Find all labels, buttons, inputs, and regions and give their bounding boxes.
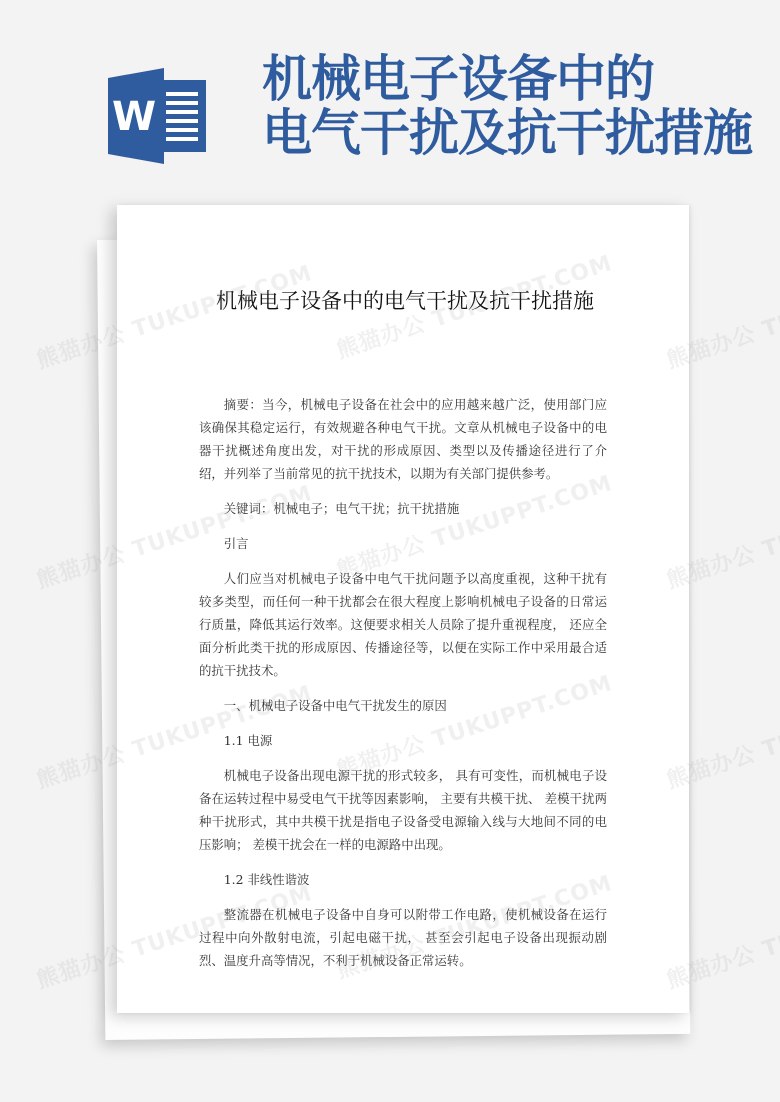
power-supply-paragraph: 机械电子设备出现电源干扰的形式较多， 具有可变性，而机械电子设备在运转过程中易受… [199,764,607,856]
section-heading-1: 一、机械电子设备中电气干扰发生的原因 [199,694,607,717]
banner-title-line-1: 机械电子设备中的 [262,52,780,106]
section-heading-introduction: 引言 [199,532,607,555]
subsection-heading-1-2: 1.2 非线性谐波 [199,868,607,891]
harmonics-paragraph: 整流器在机械电子设备中自身可以附带工作电路，使机械设备在运行过程中向外散射电流，… [199,903,607,972]
banner-header: W 机械电子设备中的 电气干扰及抗干扰措施 [0,0,780,190]
svg-text:W: W [112,94,156,140]
document-page: 机械电子设备中的电气干扰及抗干扰措施 摘要：当今，机械电子设备在社会中的应用越来… [117,205,689,1013]
subsection-heading-1-1: 1.1 电源 [199,729,607,752]
introduction-paragraph: 人们应当对机械电子设备中电气干扰问题予以高度重视，这种干扰有较多类型，而任何一种… [199,567,607,682]
abstract-paragraph: 摘要：当今，机械电子设备在社会中的应用越来越广泛，使用部门应该确保其稳定运行，有… [199,393,607,485]
document-body: 摘要：当今，机械电子设备在社会中的应用越来越广泛，使用部门应该确保其稳定运行，有… [199,393,607,984]
document-title: 机械电子设备中的电气干扰及抗干扰措施 [205,285,605,317]
banner-title: 机械电子设备中的 电气干扰及抗干扰措施 [262,52,780,160]
keywords-line: 关键词：机械电子；电气干扰；抗干扰措施 [199,497,607,520]
banner-title-line-2: 电气干扰及抗干扰措施 [262,106,780,160]
word-document-icon: W [108,68,208,164]
